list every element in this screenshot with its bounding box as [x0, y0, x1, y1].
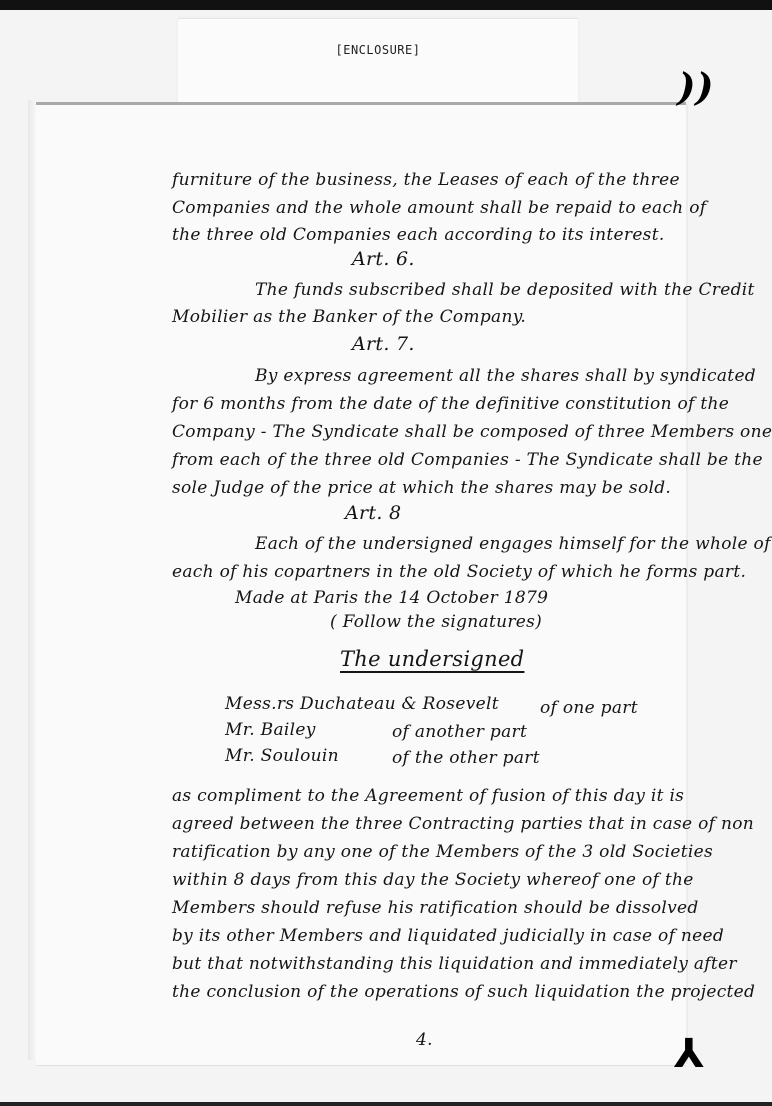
date-line: Made at Paris the 14 October 1879 [235, 588, 548, 608]
signatory-name: Mr. Soulouin [225, 746, 339, 766]
text-line: Members should refuse his ratification s… [172, 898, 699, 918]
text-line: within 8 days from this day the Society … [172, 870, 694, 890]
manuscript-page [36, 102, 686, 1066]
text-line: sole Judge of the price at which the sha… [172, 478, 671, 498]
article-heading: Art. 6. [352, 248, 415, 270]
signatory-part: of the other part [392, 748, 540, 768]
undersigned-heading: The undersigned [340, 647, 524, 671]
text-line: but that notwithstanding this liquidatio… [172, 954, 737, 974]
signatory-part: of another part [392, 722, 527, 742]
text-line: ratification by any one of the Members o… [172, 842, 713, 862]
scan-bottom-border [0, 1102, 772, 1106]
text-line: the three old Companies each according t… [172, 225, 665, 245]
text-line: for 6 months from the date of the defini… [172, 394, 729, 414]
text-line: By express agreement all the shares shal… [255, 366, 756, 386]
page-number: 4. [416, 1030, 433, 1050]
text-line: agreed between the three Contracting par… [172, 814, 754, 834]
binding-mark-top-icon: )) [673, 64, 719, 109]
page-right-edge [686, 104, 688, 1064]
enclosure-label-card: [ENCLOSURE] [178, 18, 578, 105]
text-line: The funds subscribed shall be deposited … [255, 280, 755, 300]
text-line: each of his copartners in the old Societ… [172, 562, 746, 582]
text-line: Mobilier as the Banker of the Company. [172, 307, 526, 327]
scan-top-border [0, 0, 772, 10]
text-line: Company - The Syndicate shall be compose… [172, 422, 772, 442]
article-heading: Art. 8 [345, 502, 401, 524]
signatory-name: Mess.rs Duchateau & Rosevelt [225, 694, 499, 714]
signatory-part: of one part [540, 698, 638, 718]
text-line: by its other Members and liquidated judi… [172, 926, 724, 946]
binding-mark-bottom-icon: ⅄ [674, 1030, 704, 1077]
text-line: Each of the undersigned engages himself … [255, 534, 771, 554]
text-line: the conclusion of the operations of such… [172, 982, 755, 1002]
signatures-note: ( Follow the signatures) [330, 612, 542, 632]
text-line: as compliment to the Agreement of fusion… [172, 786, 684, 806]
signatory-name: Mr. Bailey [225, 720, 316, 740]
text-line: furniture of the business, the Leases of… [172, 170, 680, 190]
text-line: from each of the three old Companies - T… [172, 450, 763, 470]
article-heading: Art. 7. [352, 333, 415, 355]
page-stack-edge [28, 100, 36, 1060]
enclosure-label: [ENCLOSURE] [178, 43, 578, 57]
text-line: Companies and the whole amount shall be … [172, 198, 706, 218]
